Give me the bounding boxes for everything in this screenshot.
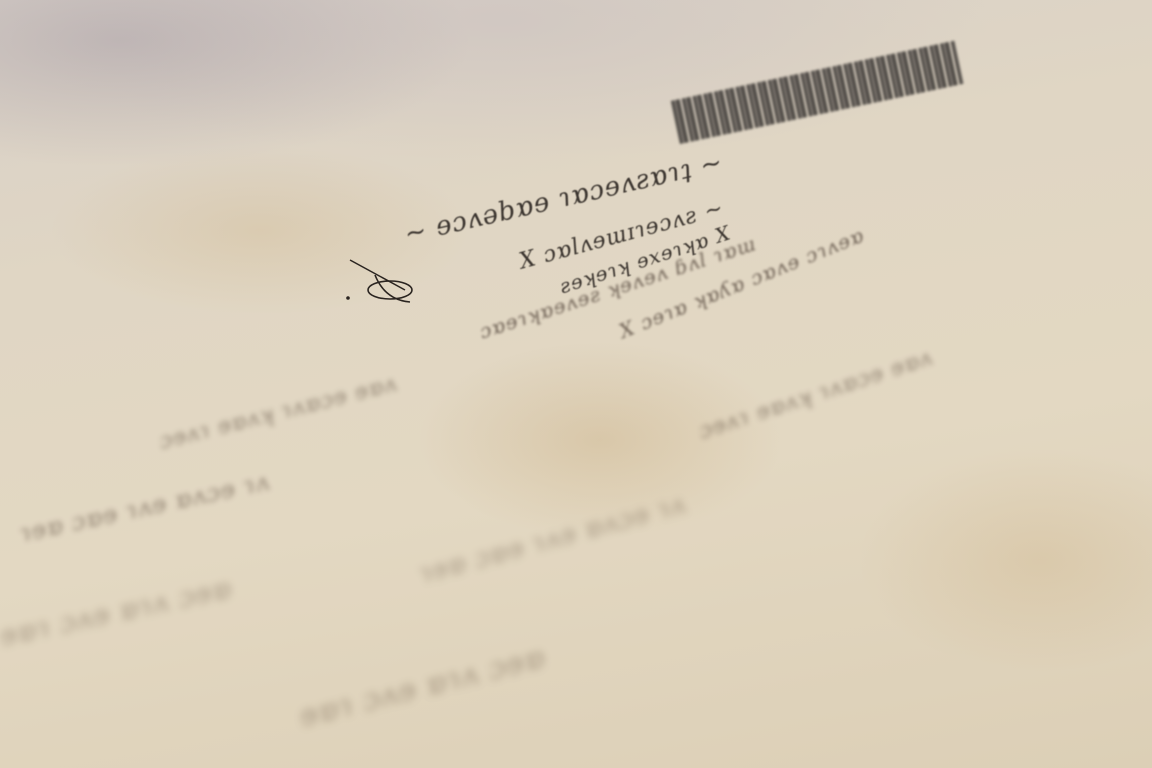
parchment-background: [0, 0, 1152, 768]
signature-flourish: [345, 250, 435, 310]
